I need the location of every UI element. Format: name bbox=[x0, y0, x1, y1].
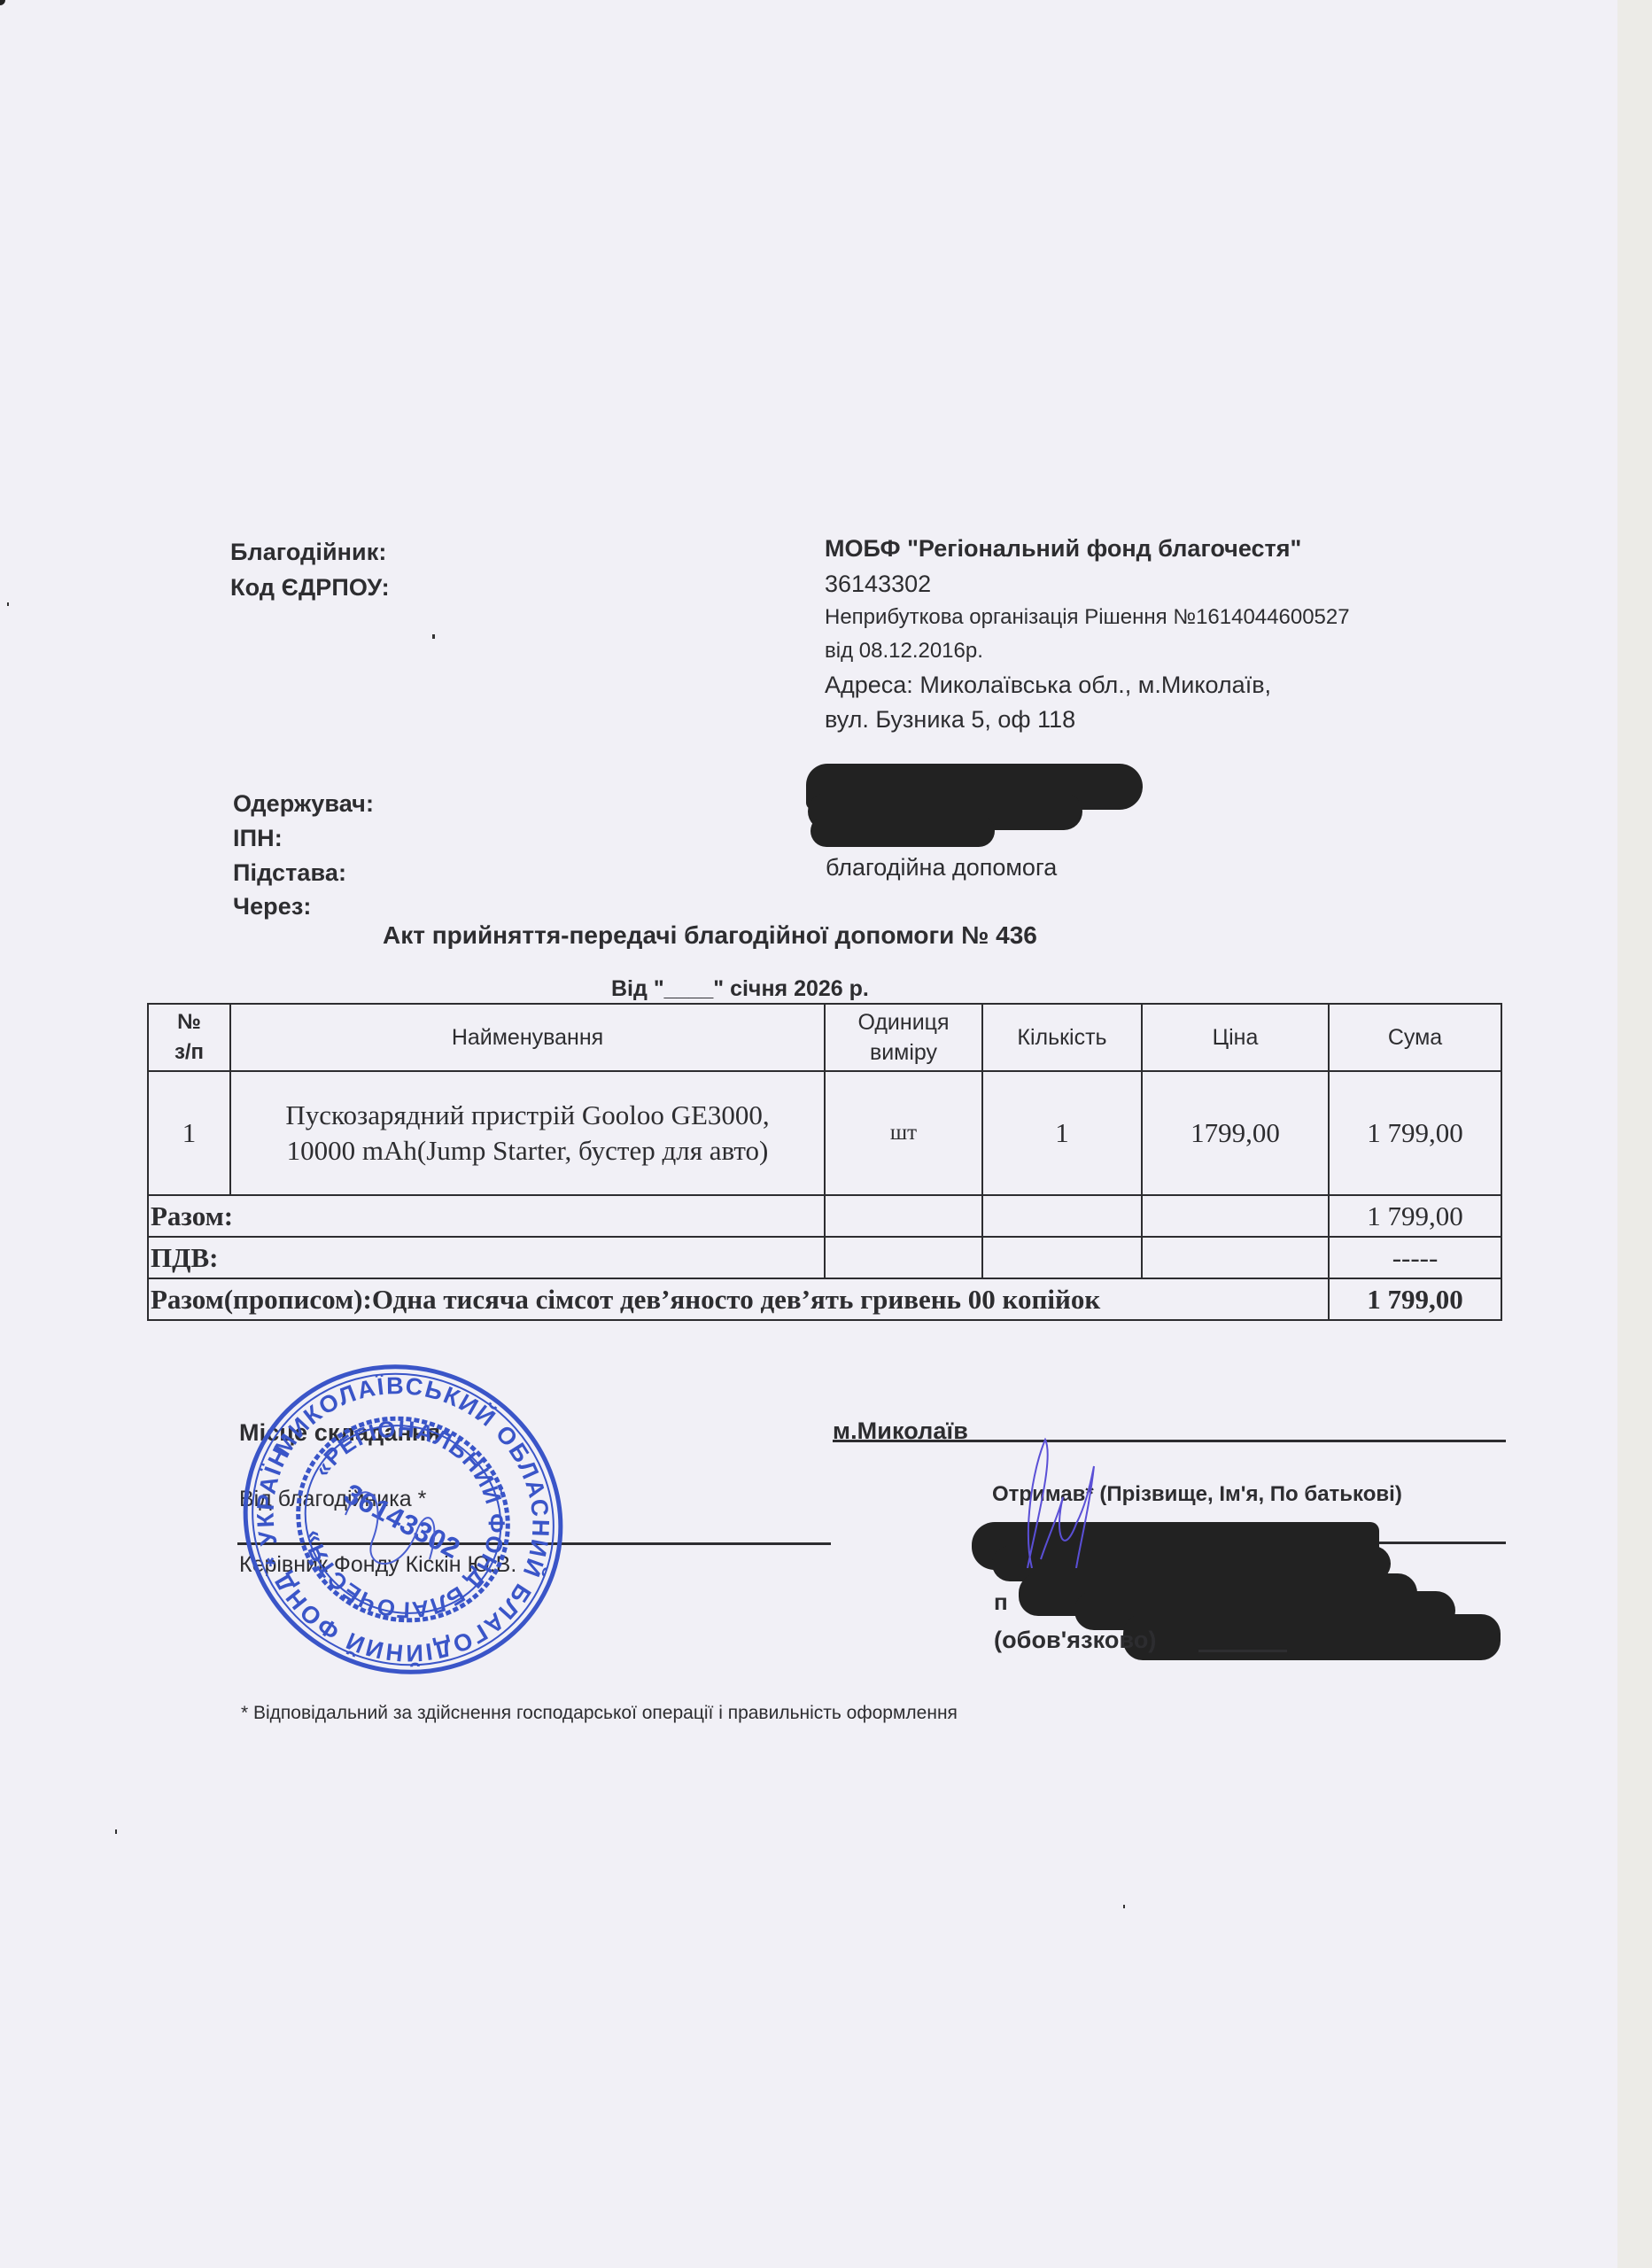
col-header-unit: Одиниця виміру bbox=[825, 1004, 982, 1071]
organization-seal-icon: МИКОЛАЇВСЬКИЙ ОБЛАСНИЙ БЛАГОДІЙНИЙ ФОНД … bbox=[239, 1364, 567, 1674]
recipient-label: Одержувач: bbox=[233, 790, 374, 818]
nonprofit-decision: Неприбуткова організація Рішення №161404… bbox=[825, 605, 1350, 630]
total-in-words: Разом(прописом):Одна тисяча сімсот дев’я… bbox=[148, 1278, 1329, 1320]
paper-speck bbox=[432, 634, 435, 639]
place-underline bbox=[833, 1440, 1506, 1442]
table-header-row: № з/п Найменування Одиниця виміру Кількі… bbox=[148, 1004, 1501, 1071]
vat-value: ----- bbox=[1329, 1237, 1501, 1278]
mandatory-label: (обов'язково) bbox=[994, 1627, 1157, 1654]
donor-address-line1: Адреса: Миколаївська обл., м.Миколаїв, bbox=[825, 672, 1271, 699]
basis-value: благодійна допомога bbox=[826, 854, 1057, 882]
col-header-price: Ціна bbox=[1142, 1004, 1329, 1071]
goods-table: № з/п Найменування Одиниця виміру Кількі… bbox=[147, 1003, 1502, 1321]
decision-date: від 08.12.2016р. bbox=[825, 639, 983, 664]
row-name: Пускозарядний пристрій Gooloo GE3000, 10… bbox=[230, 1071, 825, 1195]
subtotal-row: Разом: 1 799,00 bbox=[148, 1195, 1501, 1237]
passport-label-fragment: п bbox=[994, 1588, 1008, 1616]
col-header-qty: Кількість bbox=[982, 1004, 1142, 1071]
donor-name: МОБФ "Регіональний фонд благочестя" bbox=[825, 535, 1301, 563]
footnote: * Відповідальний за здійснення господарс… bbox=[241, 1703, 958, 1724]
row-price: 1799,00 bbox=[1142, 1071, 1329, 1195]
redacted-recipient-signature bbox=[1123, 1614, 1501, 1660]
row-num: 1 bbox=[148, 1071, 230, 1195]
ipn-label: ІПН: bbox=[233, 825, 283, 852]
donor-address-line2: вул. Бузника 5, оф 118 bbox=[825, 706, 1075, 734]
col-header-num: № з/п bbox=[148, 1004, 230, 1071]
row-unit: шт bbox=[825, 1071, 982, 1195]
basis-label: Підстава: bbox=[233, 859, 346, 887]
svg-text:36143302: 36143302 bbox=[339, 1477, 466, 1565]
mandatory-underline bbox=[1198, 1650, 1287, 1652]
donor-edrpou: 36143302 bbox=[825, 571, 931, 598]
table-row: 1 Пускозарядний пристрій Gooloo GE3000, … bbox=[148, 1071, 1501, 1195]
col-header-name: Найменування bbox=[230, 1004, 825, 1071]
col-header-sum: Сума bbox=[1329, 1004, 1501, 1071]
handwritten-signature-icon bbox=[992, 1435, 1107, 1568]
edrpou-label: Код ЄДРПОУ: bbox=[230, 574, 390, 602]
scanner-bed-edge bbox=[1617, 0, 1652, 2268]
paper-speck bbox=[115, 1829, 117, 1834]
row-qty: 1 bbox=[982, 1071, 1142, 1195]
subtotal-value: 1 799,00 bbox=[1329, 1195, 1501, 1237]
donor-label: Благодійник: bbox=[230, 539, 386, 566]
paper-speck bbox=[7, 602, 9, 606]
redacted-recipient-ipn bbox=[810, 815, 995, 847]
row-sum: 1 799,00 bbox=[1329, 1071, 1501, 1195]
via-label: Через: bbox=[233, 893, 312, 920]
vat-label: ПДВ: bbox=[148, 1237, 825, 1278]
vat-row: ПДВ: ----- bbox=[148, 1237, 1501, 1278]
paper-speck bbox=[1123, 1905, 1125, 1908]
total-row: Разом(прописом):Одна тисяча сімсот дев’я… bbox=[148, 1278, 1501, 1320]
act-title: Акт прийняття-передачі благодійної допом… bbox=[383, 921, 1037, 950]
subtotal-label: Разом: bbox=[148, 1195, 825, 1237]
act-date: Від "____" січня 2026 р. bbox=[611, 976, 869, 1002]
total-value: 1 799,00 bbox=[1329, 1278, 1501, 1320]
